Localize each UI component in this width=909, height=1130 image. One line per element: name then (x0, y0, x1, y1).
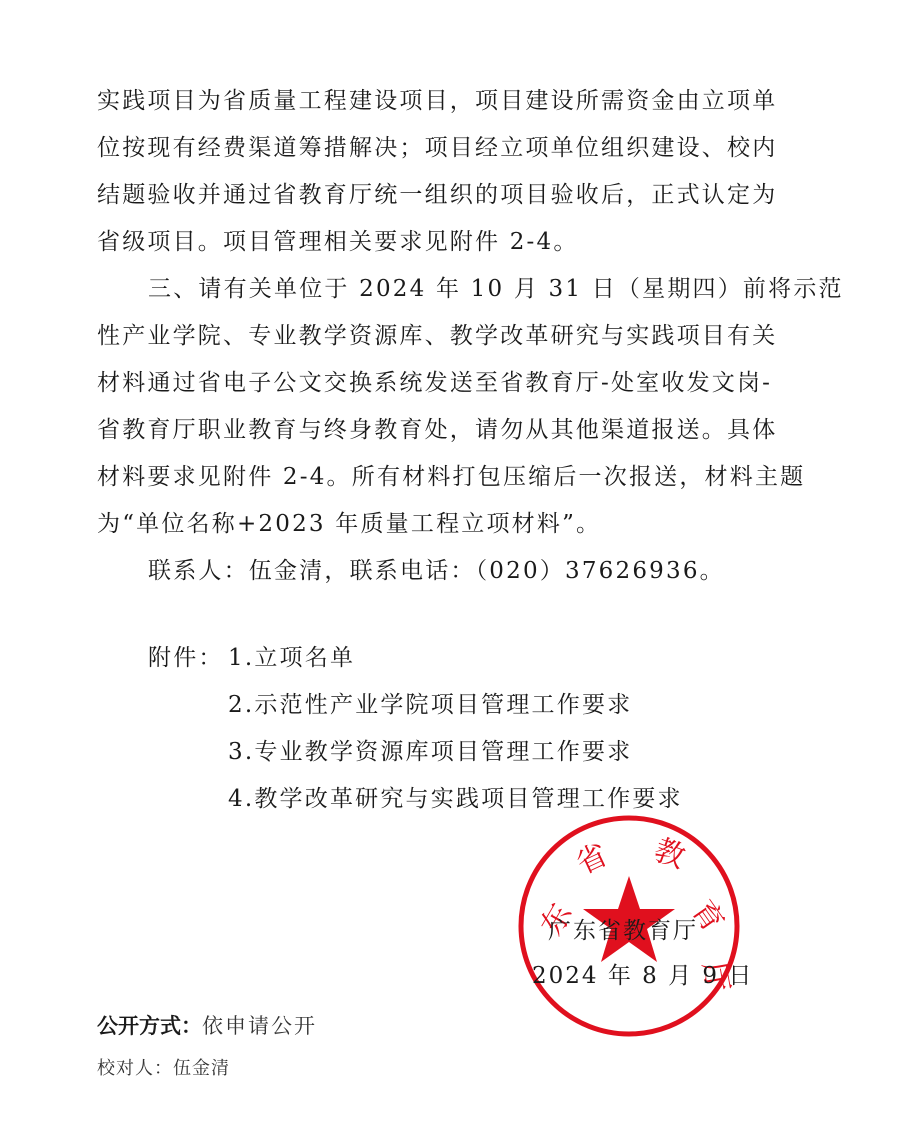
attachment-item: 4.教学改革研究与实践项目管理工作要求 (228, 784, 683, 814)
disclosure-value: 依申请公开 (202, 1014, 317, 1038)
paragraph-line: 三、请有关单位于 2024 年 10 月 31 日（星期四）前将示范 (148, 274, 844, 304)
attachment-item: 3.专业教学资源库项目管理工作要求 (228, 737, 632, 767)
paragraph-line: 结题验收并通过省教育厅统一组织的项目验收后，正式认定为 (97, 180, 777, 210)
paragraph-line: 为“单位名称+2023 年质量工程立项材料”。 (97, 509, 601, 539)
svg-text:教: 教 (649, 833, 689, 876)
contact-line: 联系人：伍金清，联系电话：（020）37626936。 (148, 556, 725, 586)
paragraph-line: 位按现有经费渠道筹措解决；项目经立项单位组织建设、校内 (97, 133, 777, 163)
paragraph-line: 材料通过省电子公文交换系统发送至省教育厅-处室收发文岗- (97, 368, 772, 398)
issue-date: 2024 年 8 月 9 日 (532, 961, 753, 991)
disclosure-label: 公开方式： (97, 1014, 202, 1038)
attachment-item: 1.立项名单 (228, 643, 355, 673)
proofreader: 校对人：伍金清 (97, 1056, 230, 1082)
attachment-item: 2.示范性产业学院项目管理工作要求 (228, 690, 632, 720)
paragraph-line: 省级项目。项目管理相关要求见附件 2-4。 (97, 227, 579, 257)
paragraph-line: 材料要求见附件 2-4。所有材料打包压缩后一次报送，材料主题 (97, 462, 805, 492)
issuer-name: 广东省教育厅 (548, 916, 698, 946)
paragraph-line: 省教育厅职业教育与终身教育处，请勿从其他渠道报送。具体 (97, 415, 777, 445)
paragraph-line: 性产业学院、专业教学资源库、教学改革研究与实践项目有关 (97, 321, 777, 351)
paragraph-line: 实践项目为省质量工程建设项目，项目建设所需资金由立项单 (97, 86, 777, 116)
attachments-label: 附件： (148, 643, 224, 673)
svg-text:省: 省 (571, 837, 613, 881)
disclosure-method: 公开方式：依申请公开 (97, 1012, 317, 1040)
